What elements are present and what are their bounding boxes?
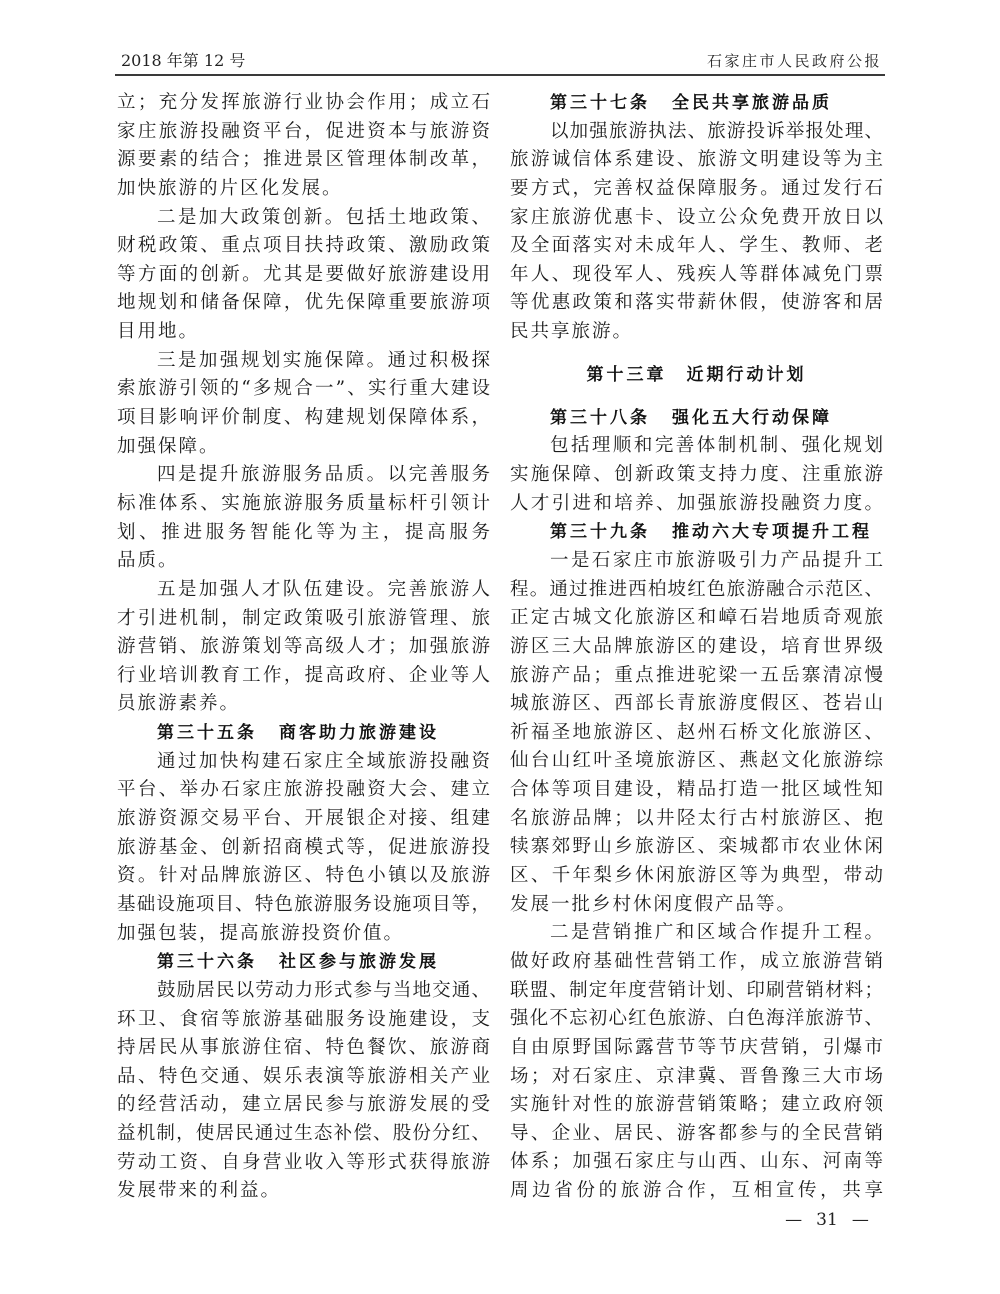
page-number-dash-right: — xyxy=(852,1210,869,1230)
text-line: 鼓励居民以劳动力形式参与当地交通、 xyxy=(117,977,490,1006)
text-line: 基础设施项目、特色旅游服务设施项目等， xyxy=(117,891,490,920)
page-number: —31— xyxy=(770,1208,884,1232)
text-line: 目用地。 xyxy=(117,318,490,347)
text-line: 周边省份的旅游合作，互相宣传，共享 xyxy=(510,1177,883,1206)
paragraph: 一是石家庄市旅游吸引力产品提升工 程。通过推进西柏坡红色旅游融合示范区、 正定古… xyxy=(510,547,883,919)
article-heading: 第三十八条强化五大行动保障 xyxy=(510,404,883,433)
text-line: 包括理顺和完善体制机制、强化规划 xyxy=(510,432,883,461)
text-line: 合体等项目建设，精品打造一批区域性知 xyxy=(510,776,883,805)
text-line: 犊寨郊野山乡旅游区、栾城都市农业休闲 xyxy=(510,833,883,862)
text-line: 的经营活动，建立居民参与旅游发展的受 xyxy=(117,1091,490,1120)
text-line: 要方式，完善权益保障服务。通过发行石 xyxy=(510,175,883,204)
article-title: 推动六大专项提升工程 xyxy=(672,522,872,542)
text-line: 正定古城文化旅游区和嶂石岩地质奇观旅 xyxy=(510,604,883,633)
text-line: 以加强旅游执法、旅游投诉举报处理、 xyxy=(510,118,883,147)
article-heading: 第三十九条推动六大专项提升工程 xyxy=(510,518,883,547)
text-line: 益机制，使居民通过生态补偿、股份分红、 xyxy=(117,1120,490,1149)
text-line: 员旅游素养。 xyxy=(117,690,490,719)
article-title: 社区参与旅游发展 xyxy=(279,952,439,972)
text-line: 品质。 xyxy=(117,547,490,576)
article-heading: 第三十七条全民共享旅游品质 xyxy=(510,89,883,118)
text-line: 旅游产品；重点推进驼梁一五岳寨清凉慢 xyxy=(510,662,883,691)
text-line: 等优惠政策和落实带薪休假，使游客和居 xyxy=(510,289,883,318)
article-heading: 第三十六条社区参与旅游发展 xyxy=(117,948,490,977)
text-line: 标准体系、实施旅游服务质量标杆引领计 xyxy=(117,490,490,519)
paragraph: 四是提升旅游服务品质。以完善服务 标准体系、实施旅游服务质量标杆引领计 划、推进… xyxy=(117,461,490,576)
text-line: 源要素的结合；推进景区管理体制改革， xyxy=(117,146,490,175)
text-line: 二是加大政策创新。包括土地政策、 xyxy=(117,204,490,233)
text-line: 旅游资源交易平台、开展银企对接、组建 xyxy=(117,805,490,834)
text-line: 加强包装，提高旅游投资价值。 xyxy=(117,920,490,949)
page-number-dash-left: — xyxy=(785,1210,802,1230)
right-column: 第三十七条全民共享旅游品质 以加强旅游执法、旅游投诉举报处理、 旅游诚信体系建设… xyxy=(510,89,883,1206)
text-line: 民共享旅游。 xyxy=(510,318,883,347)
text-line: 仙台山红叶圣境旅游区、燕赵文化旅游综 xyxy=(510,747,883,776)
article-title: 强化五大行动保障 xyxy=(672,408,832,428)
text-line: 划、推进服务智能化等为主，提高服务 xyxy=(117,519,490,548)
text-line: 旅游基金、创新招商模式等，促进旅游投 xyxy=(117,834,490,863)
article-title: 全民共享旅游品质 xyxy=(672,93,832,113)
text-line: 品、特色交通、娱乐表演等旅游相关产业 xyxy=(117,1063,490,1092)
text-line: 导、企业、居民、游客都参与的全民营销 xyxy=(510,1120,883,1149)
text-line: 发展带来的利益。 xyxy=(117,1177,490,1206)
text-line: 五是加强人才队伍建设。完善旅游人 xyxy=(117,576,490,605)
text-line: 做好政府基础性营销工作，成立旅游营销 xyxy=(510,948,883,977)
text-line: 及全面落实对未成年人、学生、教师、老 xyxy=(510,232,883,261)
publication-title: 石家庄市人民政府公报 xyxy=(707,50,882,72)
text-line: 区、千年梨乡休闲旅游区等为典型，带动 xyxy=(510,862,883,891)
text-line: 才引进机制，制定政策吸引旅游管理、旅 xyxy=(117,605,490,634)
text-line: 劳动工资、自身营业收入等形式获得旅游 xyxy=(117,1149,490,1178)
text-line: 财税政策、重点项目扶持政策、激励政策 xyxy=(117,232,490,261)
paragraph: 包括理顺和完善体制机制、强化规划 实施保障、创新政策支持力度、注重旅游 人才引进… xyxy=(510,432,883,518)
text-line: 家庄旅游优惠卡、设立公众免费开放日以 xyxy=(510,204,883,233)
text-line: 联盟、制定年度营销计划、印刷营销材料； xyxy=(510,977,883,1006)
chapter-number: 第十三章 xyxy=(587,365,667,385)
text-line: 立；充分发挥旅游行业协会作用；成立石 xyxy=(117,89,490,118)
text-line: 实施针对性的旅游营销策略；建立政府领 xyxy=(510,1091,883,1120)
text-line: 名旅游品牌；以井陉太行古村旅游区、抱 xyxy=(510,805,883,834)
paragraph: 二是加大政策创新。包括土地政策、 财税政策、重点项目扶持政策、激励政策 等方面的… xyxy=(117,204,490,347)
text-line: 项目影响评价制度、构建规划保障体系， xyxy=(117,404,490,433)
page-number-value: 31 xyxy=(816,1210,838,1230)
text-line: 平台、举办石家庄旅游投融资大会、建立 xyxy=(117,776,490,805)
text-line: 家庄旅游投融资平台，促进资本与旅游资 xyxy=(117,118,490,147)
text-line: 加强保障。 xyxy=(117,433,490,462)
left-column: 立；充分发挥旅游行业协会作用；成立石 家庄旅游投融资平台，促进资本与旅游资 源要… xyxy=(117,89,490,1206)
text-line: 加快旅游的片区化发展。 xyxy=(117,175,490,204)
text-line: 游区三大品牌旅游区的建设，培育世界级 xyxy=(510,633,883,662)
text-line: 环卫、食宿等旅游基础服务设施建设，支 xyxy=(117,1006,490,1035)
chapter-title: 近期行动计划 xyxy=(687,365,807,385)
article-number: 第三十五条 xyxy=(157,723,257,743)
text-line: 地规划和储备保障，优先保障重要旅游项 xyxy=(117,289,490,318)
text-line: 人才引进和培养、加强旅游投融资力度。 xyxy=(510,490,883,519)
paragraph: 三是加强规划实施保障。通过积极探 索旅游引领的“多规合一”、实行重大建设 项目影… xyxy=(117,347,490,462)
text-line: 发展一批乡村休闲度假产品等。 xyxy=(510,891,883,920)
gazette-page: 2018 年第 12 号 石家庄市人民政府公报 立；充分发挥旅游行业协会作用；成… xyxy=(0,0,1000,1294)
text-line: 年人、现役军人、残疾人等群体减免门票 xyxy=(510,261,883,290)
text-line: 体系；加强石家庄与山西、山东、河南等 xyxy=(510,1148,883,1177)
text-line: 强化不忘初心红色旅游、白色海洋旅游节、 xyxy=(510,1005,883,1034)
paragraph: 立；充分发挥旅游行业协会作用；成立石 家庄旅游投融资平台，促进资本与旅游资 源要… xyxy=(117,89,490,204)
chapter-heading: 第十三章近期行动计划 xyxy=(510,347,883,404)
paragraph: 鼓励居民以劳动力形式参与当地交通、 环卫、食宿等旅游基础服务设施建设，支 持居民… xyxy=(117,977,490,1206)
paragraph: 五是加强人才队伍建设。完善旅游人 才引进机制，制定政策吸引旅游管理、旅 游营销、… xyxy=(117,576,490,719)
paragraph: 通过加快构建石家庄全域旅游投融资 平台、举办石家庄旅游投融资大会、建立 旅游资源… xyxy=(117,748,490,948)
text-line: 程。通过推进西柏坡红色旅游融合示范区、 xyxy=(510,576,883,605)
header-rule xyxy=(115,74,885,76)
article-number: 第三十七条 xyxy=(550,93,650,113)
article-number: 第三十六条 xyxy=(157,952,257,972)
text-line: 等方面的创新。尤其是要做好旅游建设用 xyxy=(117,261,490,290)
paragraph: 以加强旅游执法、旅游投诉举报处理、 旅游诚信体系建设、旅游文明建设等为主 要方式… xyxy=(510,118,883,347)
text-line: 持居民从事旅游住宿、特色餐饮、旅游商 xyxy=(117,1034,490,1063)
text-line: 旅游诚信体系建设、旅游文明建设等为主 xyxy=(510,146,883,175)
article-number: 第三十八条 xyxy=(550,408,650,428)
text-line: 通过加快构建石家庄全域旅游投融资 xyxy=(117,748,490,777)
paragraph: 二是营销推广和区域合作提升工程。 做好政府基础性营销工作，成立旅游营销 联盟、制… xyxy=(510,919,883,1205)
text-line: 四是提升旅游服务品质。以完善服务 xyxy=(117,461,490,490)
article-title: 商客助力旅游建设 xyxy=(279,723,439,743)
text-line: 资。针对品牌旅游区、特色小镇以及旅游 xyxy=(117,862,490,891)
article-heading: 第三十五条商客助力旅游建设 xyxy=(117,719,490,748)
text-line: 一是石家庄市旅游吸引力产品提升工 xyxy=(510,547,883,576)
text-line: 城旅游区、西部长青旅游度假区、苍岩山 xyxy=(510,690,883,719)
text-line: 实施保障、创新政策支持力度、注重旅游 xyxy=(510,461,883,490)
text-line: 自由原野国际露营节等节庆营销，引爆市 xyxy=(510,1034,883,1063)
text-line: 场；对石家庄、京津冀、晋鲁豫三大市场 xyxy=(510,1063,883,1092)
article-number: 第三十九条 xyxy=(550,522,650,542)
text-line: 索旅游引领的“多规合一”、实行重大建设 xyxy=(117,375,490,404)
text-line: 游营销、旅游策划等高级人才；加强旅游 xyxy=(117,633,490,662)
text-line: 二是营销推广和区域合作提升工程。 xyxy=(510,919,883,948)
text-line: 祈福圣地旅游区、赵州石桥文化旅游区、 xyxy=(510,719,883,748)
text-line: 三是加强规划实施保障。通过积极探 xyxy=(117,347,490,376)
text-line: 行业培训教育工作，提高政府、企业等人 xyxy=(117,662,490,691)
issue-label: 2018 年第 12 号 xyxy=(121,50,245,72)
